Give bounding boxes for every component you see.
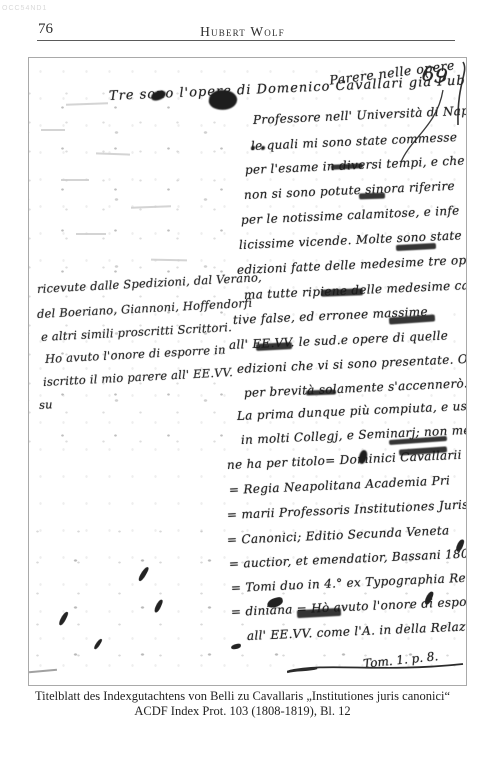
ink-strike: [359, 193, 385, 200]
ink-strike: [321, 288, 363, 296]
ink-strike: [306, 389, 336, 395]
header-rule: [37, 40, 455, 41]
scan-watermark: OCC54ND1: [2, 5, 47, 12]
bleed-dash: [76, 233, 106, 235]
running-title: Hubert Wolf: [0, 24, 485, 40]
figure-caption: Titelblatt des Indexgutachtens von Belli…: [15, 689, 470, 719]
bleedthrough-noise-left: [29, 76, 247, 454]
bleed-dash: [41, 129, 65, 131]
manuscript-figure: Parere nelle opere 69 Tre sono l'opere d…: [28, 57, 467, 686]
pen-hook-stroke: [449, 59, 467, 129]
figure-caption-line1: Titelblatt des Indexgutachtens von Belli…: [15, 689, 470, 704]
manuscript-margin-line: su: [39, 397, 53, 412]
figure-caption-line2: ACDF Index Prot. 103 (1808-1819), Bl. 12: [15, 704, 470, 719]
bleed-dash: [61, 179, 89, 181]
bottom-flourish-stroke: [287, 658, 467, 676]
